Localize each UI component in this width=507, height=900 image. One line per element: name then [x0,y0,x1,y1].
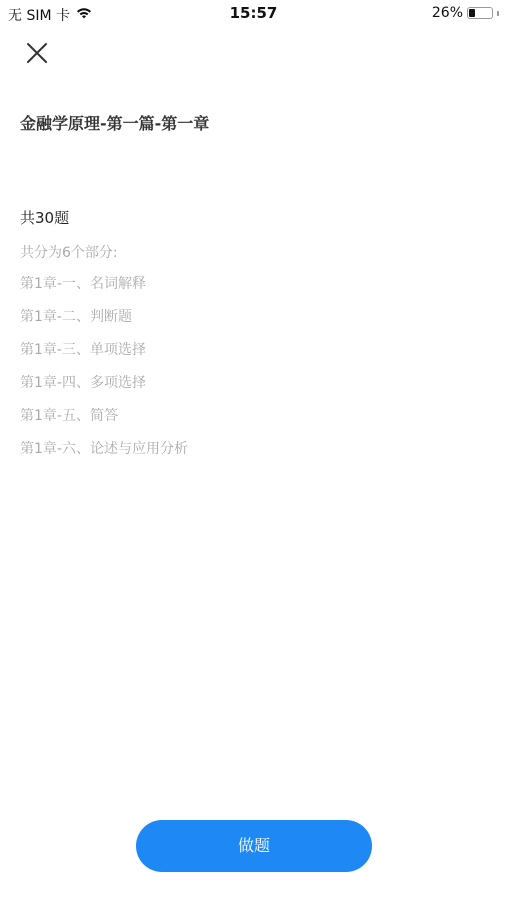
parts-list: 第1章-一、名词解释 第1章-二、判断题 第1章-三、单项选择 第1章-四、多项… [20,274,188,472]
total-questions: 共30题 [20,207,69,228]
part-item: 第1章-二、判断题 [20,307,188,340]
start-practice-button[interactable]: 做题 [136,820,372,872]
status-bar: 无 SIM 卡 15:57 26% [0,0,507,28]
close-button[interactable] [24,40,50,66]
parts-intro: 共分为6个部分: [20,242,118,262]
battery-tip [497,11,499,16]
part-item: 第1章-五、简答 [20,406,188,439]
status-right: 26% [432,5,499,21]
part-item: 第1章-六、论述与应用分析 [20,439,188,472]
battery-icon [467,7,493,19]
close-icon [24,40,50,66]
part-item: 第1章-三、单项选择 [20,340,188,373]
page-title: 金融学原理-第一篇-第一章 [20,111,209,134]
part-item: 第1章-一、名词解释 [20,274,188,307]
battery-percent: 26% [432,5,463,21]
part-item: 第1章-四、多项选择 [20,373,188,406]
